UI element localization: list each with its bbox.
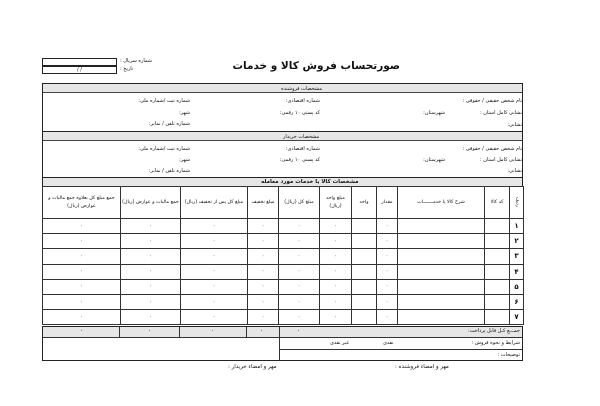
cell-after-discount: ۰ — [181, 279, 248, 294]
cell-unit[interactable] — [352, 279, 377, 294]
col-discount: مبلغ تخفیف — [248, 187, 279, 219]
cell-grand-total: ۰ — [43, 279, 121, 294]
col-total: مبلغ کل (ریال) — [279, 187, 320, 219]
cell-code[interactable] — [485, 234, 510, 249]
sale-terms-label: شرایط و نحوه فروش : — [472, 340, 520, 346]
seller-name-label: نام شخص حقیقی / حقوقی : — [463, 98, 522, 104]
notes-label: توضیحات : — [498, 352, 520, 358]
buyer-county-label: شهرستان: — [423, 157, 445, 163]
cell-unit[interactable] — [352, 264, 377, 279]
total-discount: ۰ — [260, 327, 263, 334]
cell-grand-total: ۰ — [43, 234, 121, 249]
cell-unit-price[interactable]: ۰ — [320, 249, 352, 264]
buyer-phone-label: شماره تلفن / نمابر: — [149, 168, 190, 174]
cell-quantity[interactable]: ۰ — [377, 279, 398, 294]
cell-grand-total: ۰ — [43, 264, 121, 279]
totals-section — [42, 326, 523, 361]
buyer-section-title: مشخصات خریدار — [283, 134, 319, 140]
cell-code[interactable] — [485, 249, 510, 264]
cell-grand-total: ۰ — [43, 249, 121, 264]
total-grand: ۰ — [80, 327, 83, 334]
cell-unit[interactable] — [352, 310, 377, 325]
cell-description[interactable] — [398, 264, 485, 279]
cell-discount[interactable]: ۰ — [248, 219, 279, 234]
cell-grand-total: ۰ — [43, 219, 121, 234]
cell-tax[interactable]: ۰ — [121, 294, 181, 309]
cell-quantity[interactable]: ۰ — [377, 249, 398, 264]
buyer-economic-no-label: شماره اقتصادی: — [286, 146, 320, 152]
cell-unit[interactable] — [352, 234, 377, 249]
cell-discount[interactable]: ۰ — [248, 294, 279, 309]
cell-discount[interactable]: ۰ — [248, 249, 279, 264]
cell-description[interactable] — [398, 219, 485, 234]
col-row-no: ردیف — [510, 187, 524, 219]
date-label: تاریخ : — [120, 66, 133, 72]
seller-signature-label: مهر و امضاء فروشنده : — [395, 364, 449, 370]
buyer-section: مشخصات خریدار — [42, 131, 523, 178]
cell-discount[interactable]: ۰ — [248, 279, 279, 294]
cell-after-discount: ۰ — [181, 219, 248, 234]
cell-grand-total: ۰ — [43, 310, 121, 325]
buyer-postal-code-label: کد پستی ۱۰ رقمی: — [280, 157, 320, 163]
cell-quantity[interactable]: ۰ — [377, 234, 398, 249]
seller-national-id-label: شماره ثبت /شماره ملی: — [138, 98, 190, 104]
buyer-signature-label: مهر و امضاء خریدار : — [228, 364, 277, 370]
cell-description[interactable] — [398, 294, 485, 309]
cell-unit-price[interactable]: ۰ — [320, 234, 352, 249]
cell-total: ۰ — [279, 294, 320, 309]
cell-unit-price[interactable]: ۰ — [320, 264, 352, 279]
cell-code[interactable] — [485, 294, 510, 309]
cell-unit-price[interactable]: ۰ — [320, 294, 352, 309]
cell-tax[interactable]: ۰ — [121, 279, 181, 294]
cell-total: ۰ — [279, 310, 320, 325]
serial-label: شماره سریال : — [120, 58, 152, 64]
cell-total: ۰ — [279, 264, 320, 279]
total-amount: ۰ — [297, 327, 300, 334]
row-number: ۲ — [510, 234, 524, 249]
cell-discount[interactable]: ۰ — [248, 264, 279, 279]
cell-tax[interactable]: ۰ — [121, 264, 181, 279]
cell-after-discount: ۰ — [181, 294, 248, 309]
cell-code[interactable] — [485, 219, 510, 234]
cell-code[interactable] — [485, 279, 510, 294]
col-unit-price: مبلغ واحد (ریال) — [320, 187, 352, 219]
cell-grand-total: ۰ — [43, 294, 121, 309]
buyer-city-label: شهر: — [179, 157, 190, 163]
cell-quantity[interactable]: ۰ — [377, 219, 398, 234]
non-cash-option[interactable]: غیر نقدی — [330, 340, 349, 346]
cell-description[interactable] — [398, 234, 485, 249]
cell-quantity[interactable]: ۰ — [377, 264, 398, 279]
items-table: ردیف کد کالا شرح کالا یا خدمـــــــات مق… — [42, 186, 524, 325]
cell-quantity[interactable]: ۰ — [377, 294, 398, 309]
cell-unit-price[interactable]: ۰ — [320, 279, 352, 294]
cell-unit[interactable] — [352, 219, 377, 234]
table-row: ۳ ۰ ۰ ۰ ۰ ۰ ۰ ۰ — [43, 249, 524, 264]
row-number: ۳ — [510, 249, 524, 264]
seller-phone-label: شماره تلفن / نمابر: — [149, 121, 190, 127]
cell-total: ۰ — [279, 279, 320, 294]
cell-code[interactable] — [485, 310, 510, 325]
seller-section-title: مشخصات فروشنده — [281, 86, 322, 92]
total-tax: ۰ — [148, 327, 151, 334]
seller-city-label: شهر: — [179, 110, 190, 116]
cell-tax[interactable]: ۰ — [121, 234, 181, 249]
buyer-address2-label: نشانی: — [507, 168, 522, 174]
seller-county-label: شهرستان: — [423, 110, 445, 116]
cell-after-discount: ۰ — [181, 249, 248, 264]
buyer-name-label: نام شخص حقیقی / حقوقی : — [463, 146, 522, 152]
total-after-discount: ۰ — [211, 327, 214, 334]
col-unit: واحد — [352, 187, 377, 219]
col-grand-total: جمع مبلغ کل بعلاوه جمع مالیات و عوارض (ر… — [43, 187, 121, 219]
table-row: ۲ ۰ ۰ ۰ ۰ ۰ ۰ ۰ — [43, 234, 524, 249]
table-row: ۶ ۰ ۰ ۰ ۰ ۰ ۰ ۰ — [43, 294, 524, 309]
seller-economic-no-label: شماره اقتصادی: — [286, 98, 320, 104]
cell-discount[interactable]: ۰ — [248, 234, 279, 249]
page-title: صورتحساب فروش کالا و خدمات — [232, 60, 400, 72]
row-number: ۵ — [510, 279, 524, 294]
cell-discount[interactable]: ۰ — [248, 310, 279, 325]
cell-tax[interactable]: ۰ — [121, 310, 181, 325]
cell-after-discount: ۰ — [181, 310, 248, 325]
col-code: کد کالا — [485, 187, 510, 219]
cell-total: ۰ — [279, 219, 320, 234]
cell-tax[interactable]: ۰ — [121, 219, 181, 234]
cell-description[interactable] — [398, 279, 485, 294]
row-number: ۶ — [510, 294, 524, 309]
items-header-row: ردیف کد کالا شرح کالا یا خدمـــــــات مق… — [43, 187, 524, 219]
col-quantity: مقدار — [377, 187, 398, 219]
seller-section: مشخصات فروشنده — [42, 83, 523, 132]
table-row: ۱ ۰ ۰ ۰ ۰ ۰ ۰ ۰ — [43, 219, 524, 234]
col-after-discount: مبلغ کل پس از تخفیف (ریال) — [181, 187, 248, 219]
cell-total: ۰ — [279, 234, 320, 249]
table-row: ۴ ۰ ۰ ۰ ۰ ۰ ۰ ۰ — [43, 264, 524, 279]
cell-code[interactable] — [485, 264, 510, 279]
seller-postal-code-label: کد پستی ۱۰ رقمی: — [280, 110, 320, 116]
date-value: / / — [77, 67, 82, 73]
cell-description[interactable] — [398, 249, 485, 264]
cell-after-discount: ۰ — [181, 264, 248, 279]
cell-unit-price[interactable]: ۰ — [320, 310, 352, 325]
buyer-national-id-label: شماره ثبت /شماره ملی: — [138, 146, 190, 152]
cell-unit[interactable] — [352, 294, 377, 309]
cell-tax[interactable]: ۰ — [121, 249, 181, 264]
seller-address2-label: نشانی: — [507, 122, 522, 128]
cell-unit[interactable] — [352, 249, 377, 264]
row-number: ۴ — [510, 264, 524, 279]
seller-address-label: نشانی کامل استان : — [480, 110, 522, 116]
row-number: ۱ — [510, 219, 524, 234]
date-field[interactable]: / / — [42, 66, 117, 74]
cell-unit-price[interactable]: ۰ — [320, 219, 352, 234]
row-number: ۷ — [510, 310, 524, 325]
col-description: شرح کالا یا خدمـــــــات — [398, 187, 485, 219]
items-section-title: مشخصات کالا یا خدمات مورد معامله — [261, 179, 359, 185]
cell-total: ۰ — [279, 249, 320, 264]
total-payable-label: جمـــع کـل قابل پرداخت: — [468, 328, 520, 334]
cell-description[interactable] — [398, 310, 485, 325]
col-tax: جمع مالیات و عوارض (ریال) — [121, 187, 181, 219]
table-row: ۷ ۰ ۰ ۰ ۰ ۰ ۰ ۰ — [43, 310, 524, 325]
cell-quantity[interactable]: ۰ — [377, 310, 398, 325]
cash-option[interactable]: نقدی — [383, 340, 393, 346]
table-row: ۵ ۰ ۰ ۰ ۰ ۰ ۰ ۰ — [43, 279, 524, 294]
cell-after-discount: ۰ — [181, 234, 248, 249]
buyer-address-label: نشانی کامل استان : — [480, 157, 522, 163]
